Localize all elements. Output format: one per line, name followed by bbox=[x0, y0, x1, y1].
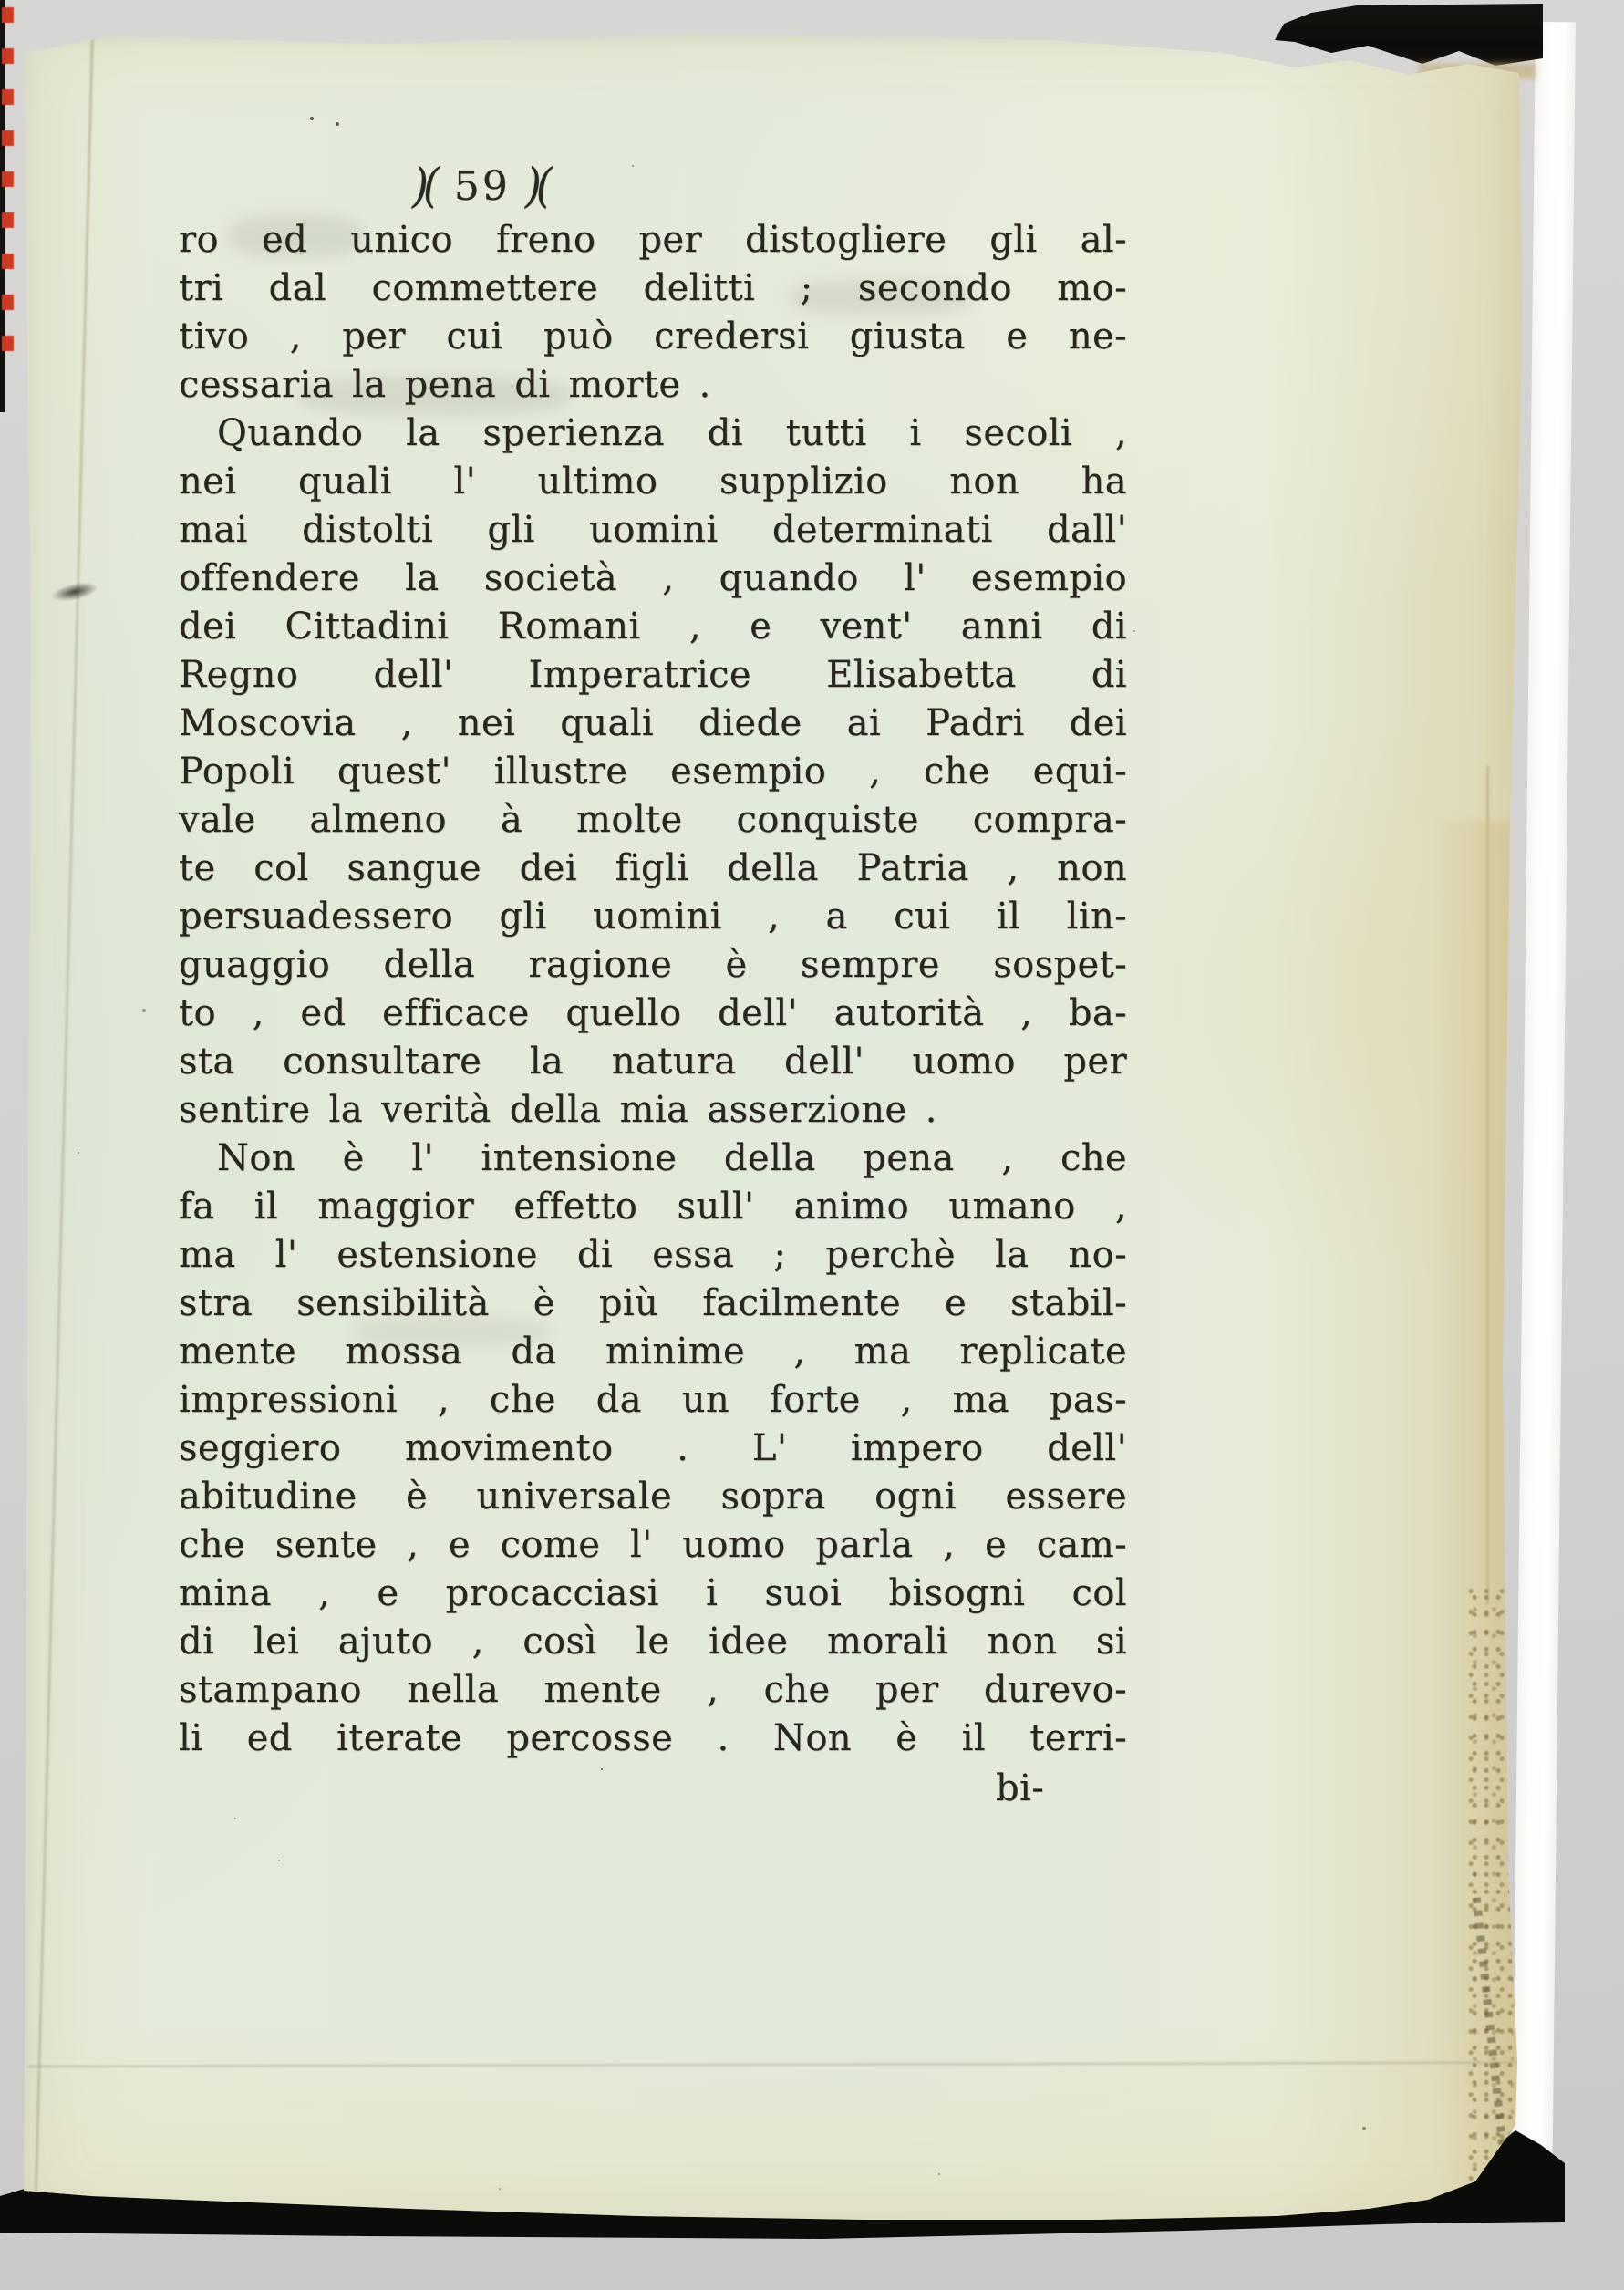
red-edge-marks bbox=[2, 7, 14, 365]
text-line: Non è l' intensione della pena , che bbox=[179, 1135, 1127, 1183]
text-line: guaggio della ragione è sempre sospet- bbox=[179, 941, 1127, 990]
scanned-book-photo: )( 59 )( ro ed unico freno per distoglie… bbox=[0, 0, 1624, 2290]
text-line: Quando la sperienza di tutti i secoli , bbox=[179, 409, 1127, 458]
text-line: persuadessero gli uomini , a cui il lin- bbox=[179, 893, 1127, 941]
text-line: mente mossa da minime , ma replicate bbox=[179, 1328, 1127, 1376]
header-ornament-right: )( bbox=[525, 158, 553, 212]
text-line: sta consultare la natura dell' uomo per bbox=[179, 1038, 1127, 1086]
page-header: )( 59 )( bbox=[412, 161, 553, 210]
header-ornament-left: )( bbox=[412, 158, 440, 212]
text-line: Regno dell' Imperatrice Elisabetta di bbox=[179, 651, 1127, 699]
text-line: te col sangue dei figli della Patria , n… bbox=[179, 845, 1127, 893]
text-line: Moscovia , nei quali diede ai Padri dei bbox=[179, 699, 1127, 748]
text-line: vale almeno à molte conquiste compra- bbox=[179, 796, 1127, 845]
text-line: che sente , e come l' uomo parla , e cam… bbox=[179, 1521, 1127, 1570]
paper-tear-mark bbox=[50, 579, 100, 605]
text-line: tivo , per cui può credersi giusta e ne- bbox=[179, 313, 1127, 361]
text-line: fa il maggior effetto sull' animo umano … bbox=[179, 1183, 1127, 1231]
text-line: ma l' estensione di essa ; perchè la no- bbox=[179, 1231, 1127, 1280]
text-line: ro ed unico freno per distogliere gli al… bbox=[179, 216, 1127, 264]
text-line: mai distolti gli uomini determinati dall… bbox=[179, 506, 1127, 554]
text-line: to , ed efficace quello dell' autorità ,… bbox=[179, 990, 1127, 1038]
book-page: )( 59 )( ro ed unico freno per distoglie… bbox=[24, 27, 1539, 2225]
text-line: di lei ajuto , così le idee morali non s… bbox=[179, 1618, 1127, 1666]
text-line: stampano nella mente , che per durevo- bbox=[179, 1666, 1127, 1715]
catchword: bi- bbox=[179, 1765, 1127, 1813]
fore-edge-speckles bbox=[1466, 1587, 1514, 2189]
body-text: ro ed unico freno per distogliere gli al… bbox=[179, 216, 1127, 1813]
page-number: 59 bbox=[454, 163, 511, 210]
vertical-fold-crease bbox=[35, 31, 94, 2192]
text-line: sentire la verità della mia asserzione . bbox=[179, 1086, 1127, 1135]
text-line: offendere la società , quando l' esempio bbox=[179, 554, 1127, 603]
text-line: tri dal commettere delitti ; secondo mo- bbox=[179, 264, 1127, 313]
text-line: cessaria la pena di morte . bbox=[179, 361, 1127, 409]
text-line: Popoli quest' illustre esempio , che equ… bbox=[179, 748, 1127, 796]
text-line: seggiero movimento . L' impero dell' bbox=[179, 1425, 1127, 1473]
text-line: impressioni , che da un forte , ma pas- bbox=[179, 1376, 1127, 1425]
horizontal-fold-crease bbox=[27, 2061, 1519, 2068]
ink-specks bbox=[24, 27, 27, 31]
text-line: li ed iterate percosse . Non è il terri- bbox=[179, 1715, 1127, 1763]
text-line: dei Cittadini Romani , e vent' anni di bbox=[179, 603, 1127, 651]
text-line: mina , e procacciasi i suoi bisogni col bbox=[179, 1570, 1127, 1618]
text-line: nei quali l' ultimo supplizio non ha bbox=[179, 458, 1127, 506]
text-line: stra sensibilità è più facilmente e stab… bbox=[179, 1280, 1127, 1328]
text-line: abitudine è universale sopra ogni essere bbox=[179, 1473, 1127, 1521]
